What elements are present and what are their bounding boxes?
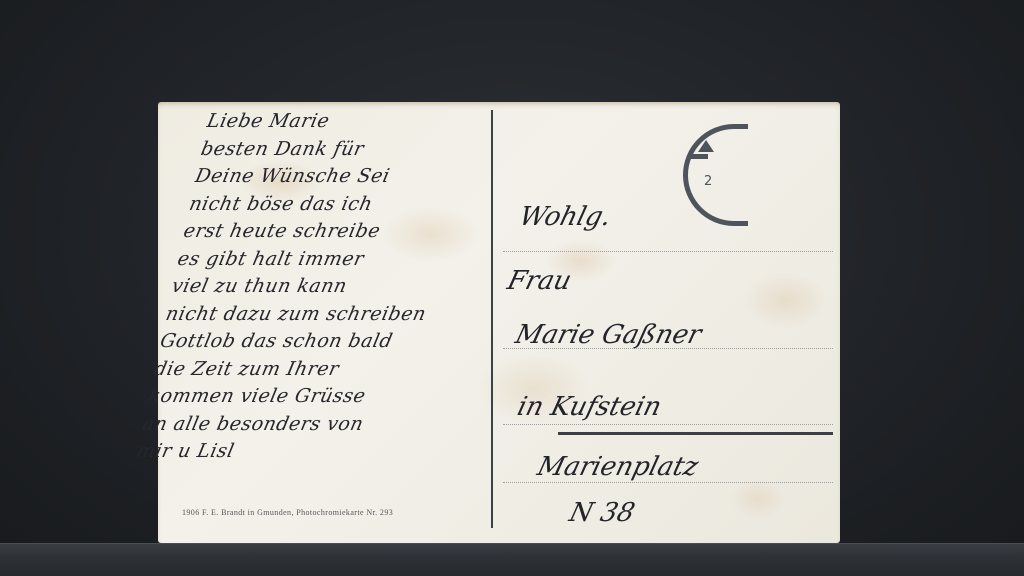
address-number: N 38 <box>566 498 638 528</box>
message-line: viel zu thun kann <box>169 273 490 301</box>
address-street: Marienplatz <box>534 452 701 482</box>
message-line: die Zeit zum Ihrer <box>152 356 473 384</box>
postmark-bar <box>688 154 708 159</box>
message-line: nicht böse das ich <box>187 191 508 219</box>
address-rule <box>503 482 833 483</box>
message-line: Liebe Marie <box>204 108 525 136</box>
postcard: Liebe Marie besten Dank für Deine Wünsch… <box>158 102 840 543</box>
postmark-arc <box>683 124 748 226</box>
message-line: an alle besonders von <box>140 411 461 439</box>
message-line: nicht dazu zum schreiben <box>163 301 484 329</box>
message-line: Gottlob das schon bald <box>157 328 478 356</box>
address-rule <box>503 424 833 425</box>
display-ledge <box>0 543 1024 576</box>
address-rule-solid <box>558 432 833 435</box>
message-line: mir u Lisl <box>134 438 455 466</box>
address-salutation: Wohlg. <box>516 202 614 232</box>
message-line: besten Dank für <box>198 136 519 164</box>
address-city: in Kufstein <box>514 392 664 422</box>
address-name: Marie Gaßner <box>512 320 704 350</box>
message-line: Deine Wünsche Sei <box>192 163 513 191</box>
publisher-imprint: 1906 F. E. Brandt in Gmunden, Photochrom… <box>182 508 393 517</box>
address-rule <box>503 251 833 252</box>
postmark-wedge <box>698 140 714 152</box>
message-line: es gibt halt immer <box>175 246 496 274</box>
message-line: erst heute schreibe <box>181 218 502 246</box>
message-line: kommen viele Grüsse <box>146 383 467 411</box>
handwritten-message: Liebe Marie besten Dank für Deine Wünsch… <box>134 108 525 466</box>
address-title: Frau <box>504 266 574 296</box>
center-divider <box>491 110 493 528</box>
postmark-fragment: 2 <box>704 174 712 189</box>
